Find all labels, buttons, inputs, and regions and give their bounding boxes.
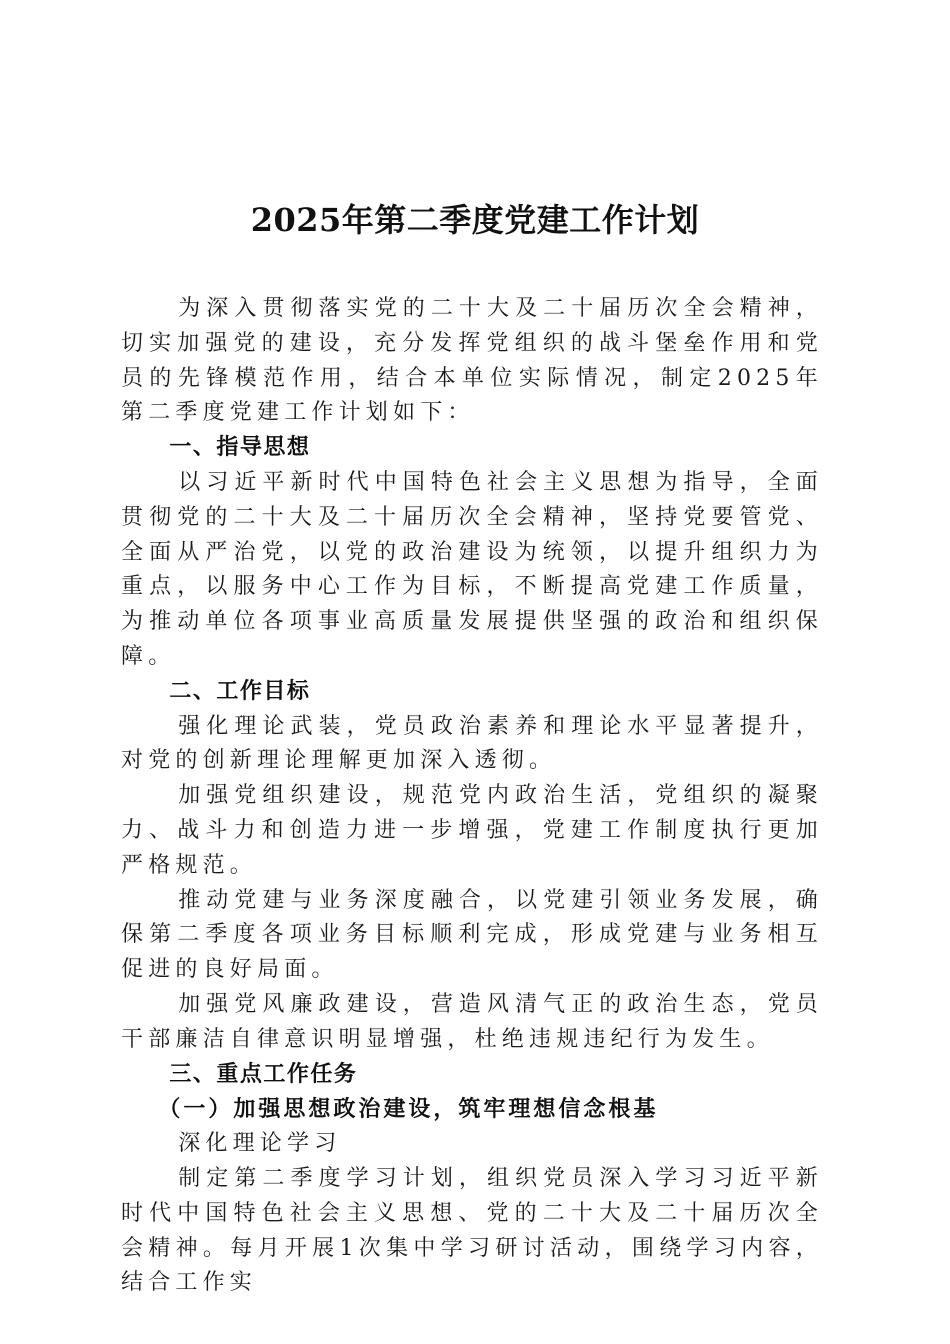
work-goal-paragraph-2: 加强党组织建设，规范党内政治生活，党组织的凝聚力、战斗力和创造力进一步增强，党建… <box>121 779 823 883</box>
theory-study-paragraph: 制定第二季度学习计划，组织党员深入学习习近平新时代中国特色社会主义思想、党的二十… <box>121 1162 823 1301</box>
intro-paragraph: 为深入贯彻落实党的二十大及二十届历次全会精神，切实加强党的建设，充分发挥党组织的… <box>121 292 823 431</box>
section-heading-work-goals: 二、工作目标 <box>121 675 823 710</box>
guiding-ideology-paragraph: 以习近平新时代中国特色社会主义思想为指导，全面贯彻党的二十大及二十届历次全会精神… <box>121 466 823 675</box>
document-title: 2025年第二季度党建工作计划 <box>0 196 950 244</box>
section-heading-guiding-ideology: 一、指导思想 <box>121 431 823 466</box>
work-goal-paragraph-1: 强化理论武装，党员政治素养和理论水平显著提升，对党的创新理论理解更加深入透彻。 <box>121 710 823 780</box>
work-goal-paragraph-4: 加强党风廉政建设，营造风清气正的政治生态，党员干部廉洁自律意识明显增强，杜绝违规… <box>121 988 823 1058</box>
subsection-heading-ideological-building: （一）加强思想政治建设，筑牢理想信念根基 <box>121 1092 823 1127</box>
work-goal-paragraph-3: 推动党建与业务深度融合，以党建引领业务发展，确保第二季度各项业务目标顺利完成，形… <box>121 884 823 988</box>
document-page: 2025年第二季度党建工作计划 为深入贯彻落实党的二十大及二十届历次全会精神，切… <box>0 0 950 1344</box>
item-heading-theory-study: 深化理论学习 <box>121 1127 823 1162</box>
document-body: 为深入贯彻落实党的二十大及二十届历次全会精神，切实加强党的建设，充分发挥党组织的… <box>121 292 823 1301</box>
section-heading-key-tasks: 三、重点工作任务 <box>121 1058 823 1093</box>
